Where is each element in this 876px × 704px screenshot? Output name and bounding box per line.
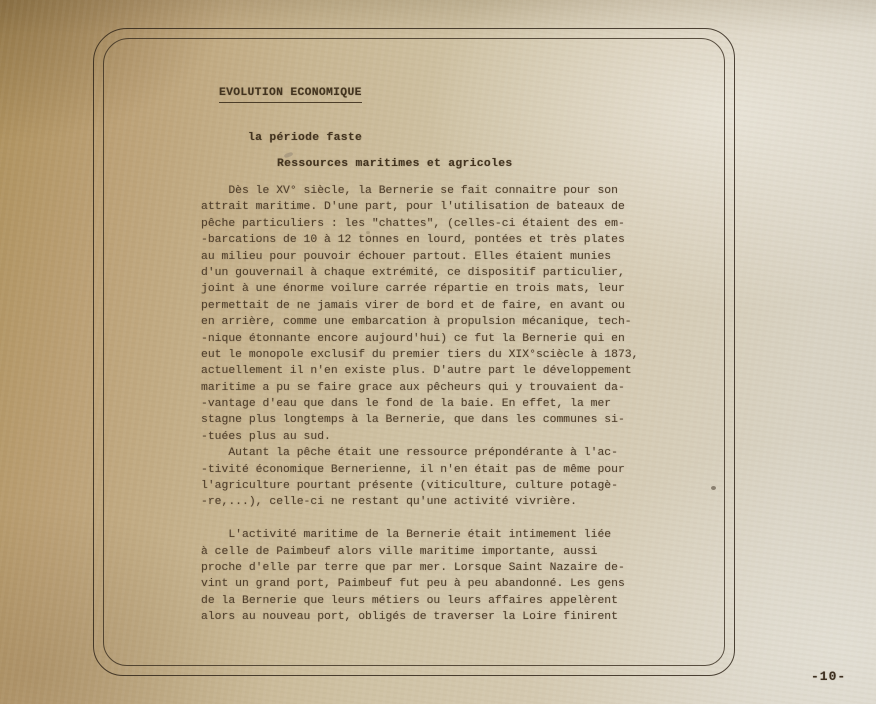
scanned-document-page: EVOLUTION ECONOMIQUE la période faste Re… bbox=[0, 0, 876, 704]
text-line: proche d'elle par terre que par mer. Lor… bbox=[201, 560, 638, 576]
text-line: de la Bernerie que leurs métiers ou leur… bbox=[201, 593, 638, 609]
ink-speck bbox=[711, 486, 716, 490]
text-line: Dès le XV° siècle, la Bernerie se fait c… bbox=[201, 183, 638, 199]
text-line: en arrière, comme une embarcation à prop… bbox=[201, 314, 638, 330]
text-line: l'agriculture pourtant présente (viticul… bbox=[201, 478, 638, 494]
text-line: -tuées plus au sud. bbox=[201, 429, 638, 445]
text-line: vint un grand port, Paimbeuf fut peu à p… bbox=[201, 576, 638, 592]
section-subtitle-periode-faste: la période faste bbox=[248, 132, 362, 144]
text-line: -barcations de 10 à 12 tonnes en lourd, … bbox=[201, 232, 638, 248]
text-line: maritime a pu se faire grace aux pêcheur… bbox=[201, 380, 638, 396]
text-line: d'un gouvernail à chaque extrémité, ce d… bbox=[201, 265, 638, 281]
text-line: Autant la pêche était une ressource prép… bbox=[201, 445, 638, 461]
body-text: Dès le XV° siècle, la Bernerie se fait c… bbox=[201, 183, 638, 626]
text-line: alors au nouveau port, obligés de traver… bbox=[201, 609, 638, 625]
text-line: -tivité économique Bernerienne, il n'en … bbox=[201, 462, 638, 478]
text-line: eut le monopole exclusif du premier tier… bbox=[201, 347, 638, 363]
text-line: -vantage d'eau que dans le fond de la ba… bbox=[201, 396, 638, 412]
text-line: attrait maritime. D'une part, pour l'uti… bbox=[201, 199, 638, 215]
section-subtitle-ressources: Ressources maritimes et agricoles bbox=[277, 158, 512, 170]
text-line: pêche particuliers : les "chattes", (cel… bbox=[201, 216, 638, 232]
page-number: -10- bbox=[811, 669, 846, 684]
text-line: -nique étonnante encore aujourd'hui) ce … bbox=[201, 331, 638, 347]
page-title: EVOLUTION ECONOMIQUE bbox=[219, 87, 362, 103]
text-line: permettait de ne jamais virer de bord et… bbox=[201, 298, 638, 314]
text-line: L'activité maritime de la Bernerie était… bbox=[201, 527, 638, 543]
text-line: à celle de Paimbeuf alors ville maritime… bbox=[201, 544, 638, 560]
text-line: stagne plus longtemps à la Bernerie, que… bbox=[201, 412, 638, 428]
text-line: au milieu pour pouvoir échouer partout. … bbox=[201, 249, 638, 265]
text-line: -re,...), celle-ci ne restant qu'une act… bbox=[201, 494, 638, 510]
text-line: joint à une énorme voilure carrée répart… bbox=[201, 281, 638, 297]
text-line: actuellement il n'en existe plus. D'autr… bbox=[201, 363, 638, 379]
text-line bbox=[201, 511, 638, 527]
